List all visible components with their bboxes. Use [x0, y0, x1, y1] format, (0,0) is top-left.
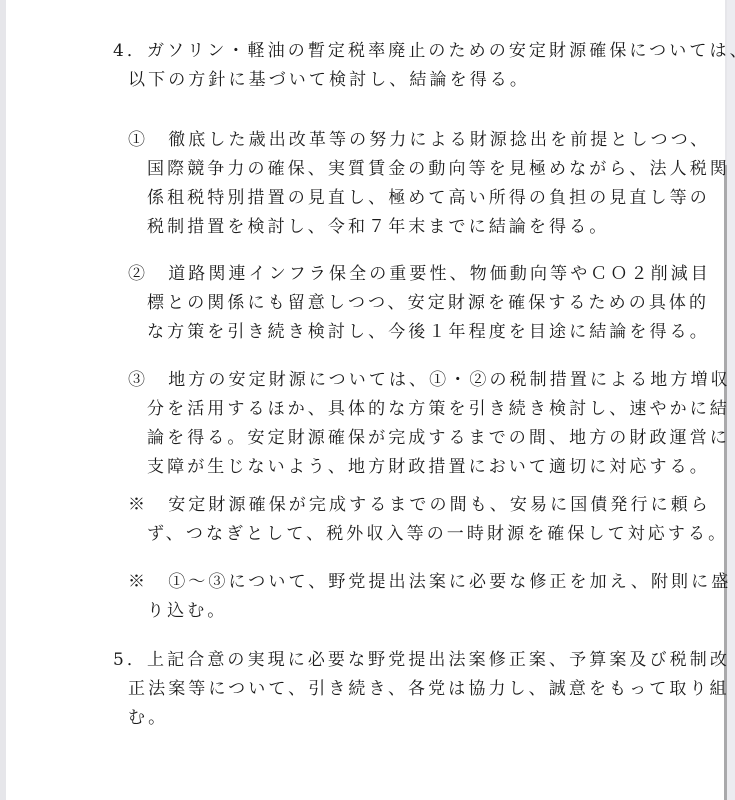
item-5-line-2: 正法案等について、引き続き、各党は協力し、誠意をもって取り組 [128, 679, 730, 701]
subitem-2-line-2: 標との関係にも留意しつつ、安定財源を確保するための具体的 [147, 293, 709, 315]
item-5-line-3: む。 [128, 708, 168, 730]
item-4-line-1: 4．ガソリン・軽油の暫定税率廃止のための安定財源確保については、 [113, 41, 735, 63]
subitem-3-line-4: 支障が生じないよう、地方財政措置において適切に対応する。 [147, 457, 710, 479]
note-2-line-2: り込む。 [147, 601, 227, 623]
subitem-1-line-2: 国際競争力の確保、実質賃金の動向等を見極めながら、法人税関 [147, 159, 730, 181]
subitem-2-line-1: ② 道路関連インフラ保全の重要性、物価動向等やＣＯ２削減目 [128, 264, 711, 286]
subitem-1-line-3: 係租税特別措置の見直し、極めて高い所得の負担の見直し等の [147, 188, 710, 210]
scanned-text: 4．ガソリン・軽油の暫定税率廃止のための安定財源確保については、 以下の方針に基… [0, 0, 735, 800]
subitem-3-line-1: ③ 地方の安定財源については、①・②の税制措置による地方増収 [128, 370, 731, 392]
note-1-line-1: ※ 安定財源確保が完成するまでの間も、安易に国債発行に頼ら [128, 495, 711, 517]
subitem-2-line-3: な方策を引き続き検討し、今後１年程度を目途に結論を得る。 [147, 322, 710, 344]
subitem-1-line-1: ① 徹底した歳出改革等の努力による財源捻出を前提としつつ、 [128, 130, 710, 152]
document-viewer: 4．ガソリン・軽油の暫定税率廃止のための安定財源確保については、 以下の方針に基… [0, 0, 735, 800]
subitem-3-line-3: 論を得る。安定財源確保が完成するまでの間、地方の財政運営に [147, 428, 730, 450]
item-4-line-2: 以下の方針に基づいて検討し、結論を得る。 [128, 70, 530, 92]
subitem-1-line-4: 税制措置を検討し、令和７年末までに結論を得る。 [147, 217, 609, 239]
subitem-3-line-2: 分を活用するほか、具体的な方策を引き続き検討し、速やかに結 [147, 399, 730, 421]
note-2-line-1: ※ ①～③について、野党提出法案に必要な修正を加え、附則に盛 [128, 572, 731, 594]
note-1-line-2: ず、つなぎとして、税外収入等の一時財源を確保して対応する。 [147, 524, 728, 546]
item-5-line-1: 5．上記合意の実現に必要な野党提出法案修正案、予算案及び税制改 [113, 650, 730, 672]
